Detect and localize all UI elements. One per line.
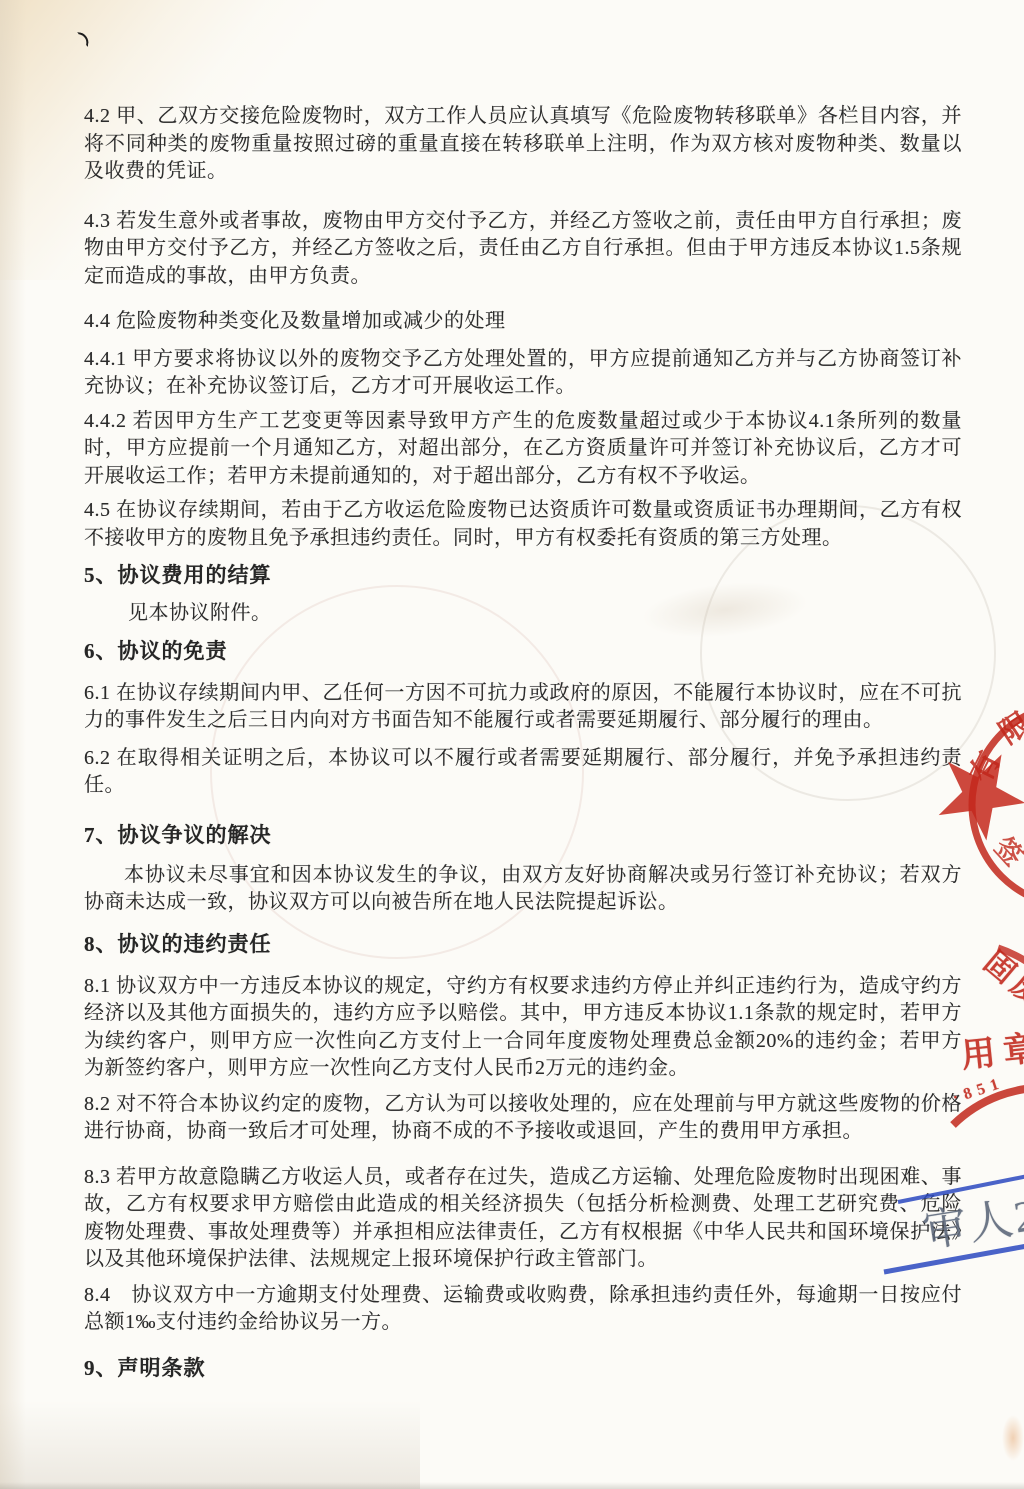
pen-mark [75,32,90,47]
heading-9: 9、声明条款 [84,1353,962,1383]
heading-7: 7、协议争议的解决 [84,820,962,850]
seal-arc-text-top: 有限 [964,699,1024,788]
clause-4-4-2: 4.4.2 若因甲方生产工艺变更等因素导致甲方产生的危废数量超过或少于本协议4.… [84,408,962,491]
contract-text: 4.2 甲、乙双方交接危险废物时，双方工作人员应认真填写《危险废物转移联单》各栏… [84,103,962,1383]
seal-arc-text-bottom: 签 [988,832,1024,880]
seal-ring-top-arc [998,948,1024,974]
clause-7-body: 本协议未尽事宜和因本协议发生的争议，由双方友好协商解决或另行签订补充协议；若双方… [84,862,962,917]
clause-4-4: 4.4 危险废物种类变化及数量增加或减少的处理 [84,308,962,336]
seal-ring-bottom-arc [953,1088,1024,1125]
clause-8-3: 8.3 若甲方故意隐瞒乙方收运人员，或者存在过失，造成乙方运输、处理危险废物时出… [84,1164,962,1274]
clause-4-2: 4.2 甲、乙双方交接危险废物时，双方工作人员应认真填写《危险废物转移联单》各栏… [84,103,962,186]
clause-8-2: 8.2 对不符合本协议约定的废物，乙方认为可以接收处理的，应在处理前与甲方就这些… [84,1091,962,1146]
clause-6-2: 6.2 在取得相关证明之后，本协议可以不履行或者需要延期履行、部分履行，并免予承… [84,745,962,800]
clause-8-1: 8.1 协议双方中一方违反本协议的规定，守约方有权要求违约方停止并纠正违约行为，… [84,973,962,1083]
seal-text-line1: 固废 [976,939,1024,1018]
scan-tint-left-edge [0,0,26,1489]
svg-text:签: 签 [988,832,1024,880]
seal-ring [972,704,1024,906]
clause-4-3: 4.3 若发生意外或者事故，废物由甲方交付予乙方，并经乙方签收之前，责任由甲方自… [84,208,962,291]
seal-text-line2: 用章 [959,1020,1024,1078]
scan-tint-bottom-left [0,1379,420,1489]
heading-5: 5、协议费用的结算 [84,560,962,590]
scan-tint-bottom-right [1002,1415,1024,1461]
scan-tint-bottom-edge [0,1482,1024,1489]
clause-5-body: 见本协议附件。 [84,600,962,628]
clause-4-5: 4.5 在协议存续期间，若由于乙方收运危险废物已达资质许可数量或资质证书办理期间… [84,497,962,552]
heading-6: 6、协议的免责 [84,636,962,666]
svg-text:有限: 有限 [964,699,1024,788]
heading-8: 8、协议的违约责任 [84,929,962,959]
scanned-contract-page: 4.2 甲、乙双方交接危险废物时，双方工作人员应认真填写《危险废物转移联单》各栏… [0,0,1024,1489]
clause-8-4: 8.4 协议双方中一方逾期支付处理费、运输费或收购费，除承担违约责任外，每逾期一… [84,1282,962,1337]
clause-6-1: 6.1 在协议存续期间内甲、乙任何一方因不可抗力或政府的原因，不能履行本协议时，… [84,680,962,735]
clause-4-4-1: 4.4.1 甲方要求将协议以外的废物交予乙方处理处置的，甲方应提前通知乙方并与乙… [84,346,962,401]
